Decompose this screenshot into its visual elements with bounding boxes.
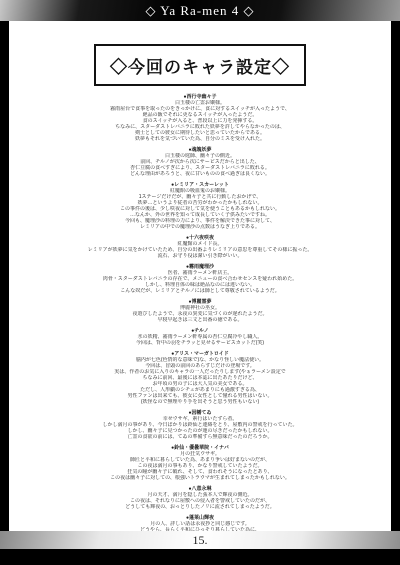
footer-band: 15.	[0, 531, 400, 549]
page-title: ◇今回のキャラ設定◇	[110, 58, 290, 77]
character-line: (妖怪なので無理やり手を出そうと思う男性もいない)	[24, 399, 376, 405]
character-line: 流石、お守り役は潔い引き際がいい。	[24, 253, 376, 259]
page-number: 15.	[193, 533, 208, 548]
character-block: ●博麗霊夢博麗神社の巫女。夜遊びしたようで、永夜の異変に気づくのが遅れたようだ。…	[24, 299, 376, 323]
character-line: 妖夢もそれを気づいていた為、自分のミスを受け入れた。	[24, 136, 376, 142]
character-block: ●八意永琳月の天才、満月を隠した張本人で輝夜の側近。この夜は、それなりに屋敷への…	[24, 486, 376, 510]
character-block: ●レミリア・スカーレット紅魔館の吸血鬼のお嬢様。1ステージだけだが、幽々子と共に…	[24, 182, 376, 230]
characters-list: ●西行寺幽々子白玉楼の亡霊お嬢様。霧雨屋台で食事を取ったのをきっかけに、食に対す…	[9, 94, 391, 531]
character-line: どうしても輝夜の、おっとりしたノリに流されてしまったようだ。	[24, 504, 376, 510]
character-block: ●蓬莱山輝夜月の人、詳しい話は永夜抄と同じ感じです。どうやら、長らく平和にひっそ…	[24, 515, 376, 531]
bottom-border	[0, 549, 400, 565]
header-title: ◇ Ya Ra-men 4 ◇	[145, 3, 254, 19]
page-body: ◇今回のキャラ設定◇ ●西行寺幽々子白玉楼の亡霊お嬢様。霧雨屋台で食事を取ったの…	[9, 21, 391, 531]
character-block: ●鈴仙・優曇華院・イナバ月の狂気ウサギ。師匠と平和に暮らしていた為、あまり争いは…	[24, 445, 376, 481]
character-block: ●霧雨魔理沙医者、霧雨ラーメン軒店主。肉骨・スターダストレバニラの存在で、メニュ…	[24, 264, 376, 294]
character-line: 亡霊の食欲の前には、てゐの準備すら無意味だったのだろうか。	[24, 434, 376, 440]
left-border	[0, 21, 9, 549]
character-line: 今回は、背中の羽をチラッと見せるサービスカットだ(笑)	[24, 340, 376, 346]
title-box: ◇今回のキャラ設定◇	[94, 44, 306, 86]
header-band: ◇ Ya Ra-men 4 ◇	[0, 0, 400, 21]
character-block: ●魂魄妖夢白玉楼の庭師、幽々子の側近。前回、チルノが次から次にサービスだからと出…	[24, 147, 376, 177]
right-border	[391, 21, 400, 549]
character-block: ●因幡てゐ幸せウサギ、素行はいたずら者。しかし満月の事があり、今日ばかりは鈴仙と…	[24, 410, 376, 440]
character-line: 早寝早起きは三文と出番の徳である。	[24, 317, 376, 323]
character-line: この夜は幽々子に対しての、根強いトラウマが生まれてしまったかもしれない。	[24, 475, 376, 481]
character-line: レミリアの中での魔理沙の点数はうなぎ上りである。	[24, 224, 376, 230]
character-block: ●チルノ氷の妖精、霧雨ラーメン軒専属の杏仁豆腐冷やし職人。今回は、背中の羽をチラ…	[24, 328, 376, 346]
doujin-page: ◇ Ya Ra-men 4 ◇ ◇今回のキャラ設定◇ ●西行寺幽々子白玉楼の亡霊…	[0, 0, 400, 565]
character-line: こんな奴だが、レミリアとチルノには師として尊敬されているようだ。	[24, 288, 376, 294]
character-block: ●十六夜咲夜紅魔館のメイド長。レミリアが妖夢に気をかけていたため、自分の出番より…	[24, 235, 376, 259]
character-block: ●アリス・マーガトロイド脳内が七色(色情的な意味で)な、かなり怪しい魔法使い。今…	[24, 351, 376, 405]
character-block: ●西行寺幽々子白玉楼の亡霊お嬢様。霧雨屋台で食事を取ったのをきっかけに、食に対す…	[24, 94, 376, 142]
character-line: どんな理由があろうと、夜に甘いものの食べ過ぎは良くない。	[24, 171, 376, 177]
